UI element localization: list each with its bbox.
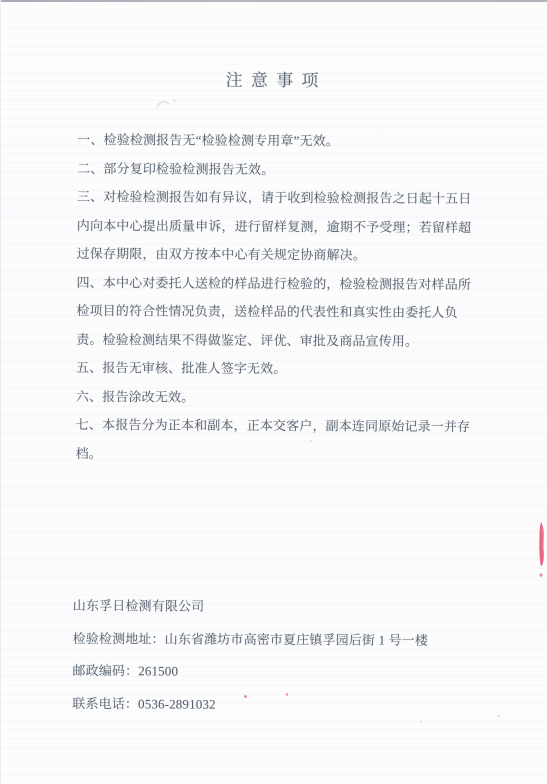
notice-item-4: 四、本中心对委托人送检的样品进行检验的，检验检测报告对样品所 检项目的符合性情况… xyxy=(76,268,506,356)
ink-speck xyxy=(497,715,500,717)
notice-line: 档。 xyxy=(76,439,506,470)
notice-item-6: 六、报告涂改无效。 xyxy=(76,382,506,413)
page-title: 注 意 事 项 xyxy=(0,65,547,93)
ink-speck xyxy=(420,721,422,723)
pencil-squiggle-mark xyxy=(155,95,181,111)
footer-info: 山东孚日检测有限公司 检验检测地址：山东省潍坊市高密市夏庄镇孚园后街 1 号一楼… xyxy=(72,590,503,723)
notice-line: 责。检验检测结果不得做鉴定、评优、审批及商品宣传用。 xyxy=(76,325,506,356)
notice-item-3: 三、对检验检测报告如有异议，请于收到检验检测报告之日起十五日 内向本中心提出质量… xyxy=(77,183,507,271)
notice-item-1: 一、检验检测报告无“检验检测专用章”无效。 xyxy=(77,126,507,157)
notice-item-5: 五、报告无审核、批准人签字无效。 xyxy=(76,354,506,385)
notice-line: 五、报告无审核、批准人签字无效。 xyxy=(76,354,506,385)
notice-item-2: 二、部分复印检验检测报告无效。 xyxy=(77,154,507,185)
notice-line: 四、本中心对委托人送检的样品进行检验的，检验检测报告对样品所 xyxy=(76,268,506,299)
postal-code: 邮政编码：261500 xyxy=(72,655,502,690)
notice-line: 一、检验检测报告无“检验检测专用章”无效。 xyxy=(77,126,507,157)
page-content: 注 意 事 项 一、检验检测报告无“检验检测专用章”无效。 二、部分复印检验检测… xyxy=(0,0,547,784)
notice-item-7: 七、本报告分为正本和副本，正本交客户，副本连同原始记录一并存 档。 xyxy=(76,411,506,470)
notice-line: 六、报告涂改无效。 xyxy=(76,382,506,413)
notice-line: 三、对检验检测报告如有异议，请于收到检验检测报告之日起十五日 xyxy=(77,183,507,214)
notice-line: 检项目的符合性情况负责，送检样品的代表性和真实性由委托人负 xyxy=(76,297,506,328)
scanned-report-page: 注 意 事 项 一、检验检测报告无“检验检测专用章”无效。 二、部分复印检验检测… xyxy=(0,0,547,784)
notice-line: 过保存期限，由双方按本中心有关规定协商解决。 xyxy=(77,240,507,271)
notice-line: 二、部分复印检验检测报告无效。 xyxy=(77,154,507,185)
notice-line: 内向本中心提出质量申诉，进行留样复测，逾期不予受理；若留样超 xyxy=(77,211,507,242)
notice-list: 一、检验检测报告无“检验检测专用章”无效。 二、部分复印检验检测报告无效。 三、… xyxy=(76,126,508,470)
red-stamp-mark xyxy=(536,519,547,581)
ink-speck xyxy=(286,693,288,696)
lab-address: 检验检测地址：山东省潍坊市高密市夏庄镇孚园后街 1 号一楼 xyxy=(73,623,503,658)
notice-line: 七、本报告分为正本和副本，正本交客户，副本连同原始记录一并存 xyxy=(76,411,506,442)
ink-speck xyxy=(244,695,247,698)
ink-speck xyxy=(310,440,312,442)
company-name: 山东孚日检测有限公司 xyxy=(73,590,503,625)
